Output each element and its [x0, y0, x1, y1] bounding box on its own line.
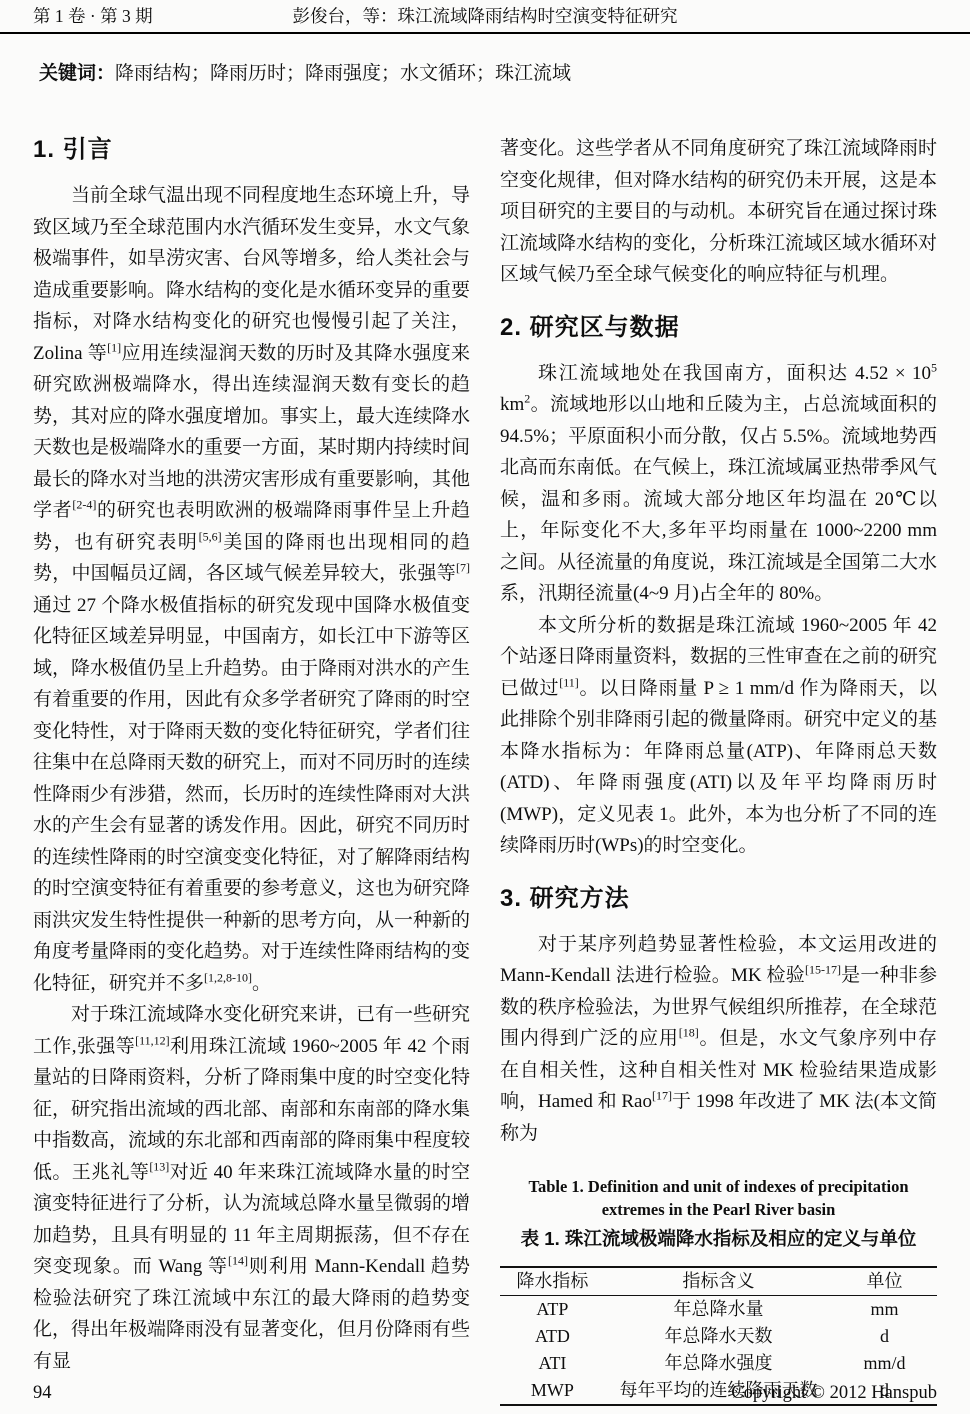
table-cell: 年总降水天数	[605, 1323, 832, 1350]
keywords-text: 降雨结构；降雨历时；降雨强度；水文循环；珠江流域	[115, 63, 571, 84]
table-caption-zh: 表 1. 珠江流域极端降水指标及相应的定义与单位	[500, 1225, 937, 1251]
body-paragraph: 当前全球气温出现不同程度地生态环境上升，导致区域乃至全球范围内水汽循环发生变异，…	[33, 180, 470, 999]
table-row: ATP年总降水量mm	[500, 1296, 937, 1324]
superscript-ref: 2	[524, 392, 530, 406]
table-row: ATI年总降水强度mm/d	[500, 1350, 937, 1377]
left-column: 1. 引言当前全球气温出现不同程度地生态环境上升，导致区域乃至全球范围内水汽循环…	[33, 133, 470, 1406]
table-header-cell: 指标含义	[605, 1267, 832, 1296]
table-cell: ATD	[500, 1323, 605, 1350]
superscript-ref: 5	[931, 360, 937, 374]
superscript-ref: [14]	[228, 1254, 248, 1268]
right-column: 著变化。这些学者从不同角度研究了珠江流域降雨时空变化规律，但对降水结构的研究仍未…	[500, 133, 937, 1406]
body-paragraph: 著变化。这些学者从不同角度研究了珠江流域降雨时空变化规律，但对降水结构的研究仍未…	[500, 133, 937, 291]
body-paragraph: 对于珠江流域降水变化研究来讲，已有一些研究工作,张强等[11,12]利用珠江流域…	[33, 999, 470, 1377]
superscript-ref: [15-17]	[805, 963, 841, 977]
journal-issue: 第 1 卷 · 第 3 期	[33, 3, 153, 28]
table-1-caption: Table 1. Definition and unit of indexes …	[500, 1175, 937, 1251]
table-1-figure: Table 1. Definition and unit of indexes …	[500, 1175, 937, 1406]
table-cell: 年总降水强度	[605, 1350, 832, 1377]
superscript-ref: [13]	[149, 1159, 169, 1173]
section-heading: 1. 引言	[33, 135, 470, 165]
page-number: 94	[33, 1383, 52, 1404]
superscript-ref: [18]	[679, 1026, 699, 1040]
body-paragraph: 本文所分析的数据是珠江流域 1960~2005 年 42 个站逐日降雨量资料，数…	[500, 610, 937, 862]
superscript-ref: [1,2,8-10]	[204, 970, 252, 984]
running-title: 彭俊台，等：珠江流域降雨结构时空演变特征研究	[293, 3, 678, 28]
page-header: 第 1 卷 · 第 3 期 彭俊台，等：珠江流域降雨结构时空演变特征研究	[33, 0, 937, 28]
table-row: ATD年总降水天数d	[500, 1323, 937, 1350]
table-cell: 年总降水量	[605, 1296, 832, 1324]
keywords-line: 关键词：降雨结构；降雨历时；降雨强度；水文循环；珠江流域	[39, 61, 937, 87]
superscript-ref: [7]	[456, 561, 470, 575]
table-header-cell: 降水指标	[500, 1267, 605, 1296]
superscript-ref: [11]	[559, 675, 579, 689]
table-cell: ATI	[500, 1350, 605, 1377]
table-cell: mm/d	[832, 1350, 937, 1377]
body-paragraph: 对于某序列趋势显著性检验，本文运用改进的 Mann-Kendall 法进行检验。…	[500, 929, 937, 1150]
keywords-label: 关键词：	[39, 63, 115, 84]
table-cell: ATP	[500, 1296, 605, 1324]
superscript-ref: [2-4]	[72, 498, 96, 512]
table-cell: mm	[832, 1296, 937, 1324]
table-header-cell: 单位	[832, 1267, 937, 1296]
page-footer: 94 Copyright © 2012 Hanspub	[33, 1383, 937, 1404]
superscript-ref: [5,6]	[199, 529, 222, 543]
section-heading: 3. 研究方法	[500, 884, 937, 914]
table-cell: d	[832, 1323, 937, 1350]
section-heading: 2. 研究区与数据	[500, 313, 937, 343]
right-column-text: 著变化。这些学者从不同角度研究了珠江流域降雨时空变化规律，但对降水结构的研究仍未…	[500, 133, 937, 1149]
superscript-ref: [1]	[107, 340, 121, 354]
table-caption-en: Table 1. Definition and unit of indexes …	[500, 1175, 937, 1221]
copyright-notice: Copyright © 2012 Hanspub	[731, 1383, 937, 1404]
superscript-ref: [11,12]	[135, 1033, 170, 1047]
table-header-row: 降水指标指标含义单位	[500, 1267, 937, 1296]
header-rule	[0, 32, 970, 34]
two-column-body: 1. 引言当前全球气温出现不同程度地生态环境上升，导致区域乃至全球范围内水汽循环…	[33, 133, 937, 1406]
body-paragraph: 珠江流域地处在我国南方，面积达 4.52 × 105 km2。流域地形以山地和丘…	[500, 358, 937, 610]
superscript-ref: [17]	[652, 1089, 672, 1103]
paper-page: 第 1 卷 · 第 3 期 彭俊台，等：珠江流域降雨结构时空演变特征研究 关键词…	[0, 0, 970, 1414]
